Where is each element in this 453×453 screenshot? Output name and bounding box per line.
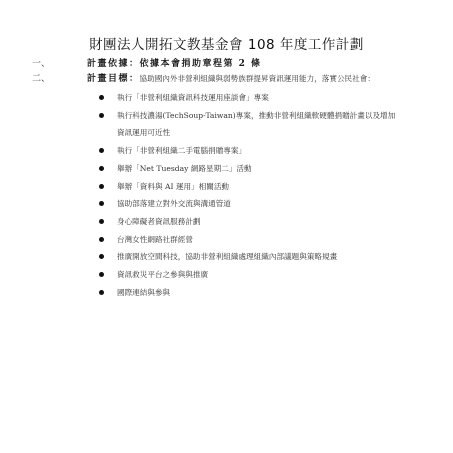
list-item-text: 舉辦「資料與 AI 運用」相關活動	[117, 182, 229, 191]
list-item-text: 身心障礙者資訊服務計劃	[117, 217, 201, 226]
goal-list: 執行「非營利組織資訊科技運用座談會」專案 執行科技濃湯(TechSoup-Tai…	[99, 89, 395, 301]
list-item: 國際連結與參與	[99, 284, 395, 302]
list-item: 舉辦「Net Tuesday 網路星期二」活動	[99, 160, 395, 178]
list-item-text: 執行「非營利組織二手電腦捐贈專案」	[117, 146, 246, 155]
section-text: 協助國內外非營利組織與弱勢族群提昇資訊運用能力，落實公民社會：	[140, 74, 375, 83]
list-item-text: 台灣女性網路社群經營	[117, 235, 193, 244]
bullet-icon	[99, 148, 104, 153]
document-title: 財團法人開拓文教基金會 108 年度工作計劃	[0, 33, 453, 53]
list-item-text-continued: 資訊運用可近性	[117, 124, 395, 142]
bullet-icon	[99, 184, 104, 189]
bullet-icon	[99, 201, 104, 206]
list-item: 推廣開放空間科技，協助非營利組織處理組織內部議題與策略規畫	[99, 248, 395, 266]
bullet-icon	[99, 290, 104, 295]
list-item: 執行「非營利組織二手電腦捐贈專案」	[99, 142, 395, 160]
list-item-text: 協助部落建立對外交流與溝通管道	[117, 199, 231, 208]
list-item: 身心障礙者資訊服務計劃	[99, 213, 395, 231]
bullet-icon	[99, 272, 104, 277]
list-item: 執行科技濃湯(TechSoup-Taiwan)專案，推動非營利組織軟硬體捐贈計畫…	[99, 107, 395, 142]
section-number: 二、	[32, 73, 87, 85]
list-item-text: 舉辦「Net Tuesday 網路星期二」活動	[117, 164, 252, 173]
list-item-text: 執行「非營利組織資訊科技運用座談會」專案	[117, 93, 269, 102]
bullet-icon	[99, 254, 104, 259]
bullet-icon	[99, 237, 104, 242]
list-item-text: 執行科技濃湯(TechSoup-Taiwan)專案，推動非營利組織軟硬體捐贈計畫…	[117, 111, 395, 120]
bullet-icon	[99, 219, 104, 224]
bullet-icon	[99, 166, 104, 171]
section-label: 計畫依據：	[87, 59, 140, 69]
list-item-text: 國際連結與參與	[117, 288, 170, 297]
list-item: 台灣女性網路社群經營	[99, 231, 395, 249]
section-label: 計畫目標：	[87, 74, 140, 84]
section-goals: 二、計畫目標：協助國內外非營利組織與弱勢族群提昇資訊運用能力，落實公民社會：	[32, 73, 375, 85]
bullet-icon	[99, 95, 104, 100]
document-page: 財團法人開拓文教基金會 108 年度工作計劃 一、計畫依據：依據本會捐助章程第 …	[0, 0, 453, 453]
list-item: 舉辦「資料與 AI 運用」相關活動	[99, 178, 395, 196]
section-text: 依據本會捐助章程第 2 條	[140, 59, 262, 69]
list-item-text: 推廣開放空間科技，協助非營利組織處理組織內部議題與策略規畫	[117, 252, 337, 261]
list-item-text: 資訊救災平台之參與與推廣	[117, 270, 208, 279]
list-item: 協助部落建立對外交流與溝通管道	[99, 195, 395, 213]
bullet-icon	[99, 113, 104, 118]
section-number: 一、	[32, 58, 87, 70]
list-item: 資訊救災平台之參與與推廣	[99, 266, 395, 284]
list-item: 執行「非營利組織資訊科技運用座談會」專案	[99, 89, 395, 107]
section-basis: 一、計畫依據：依據本會捐助章程第 2 條	[32, 58, 262, 70]
